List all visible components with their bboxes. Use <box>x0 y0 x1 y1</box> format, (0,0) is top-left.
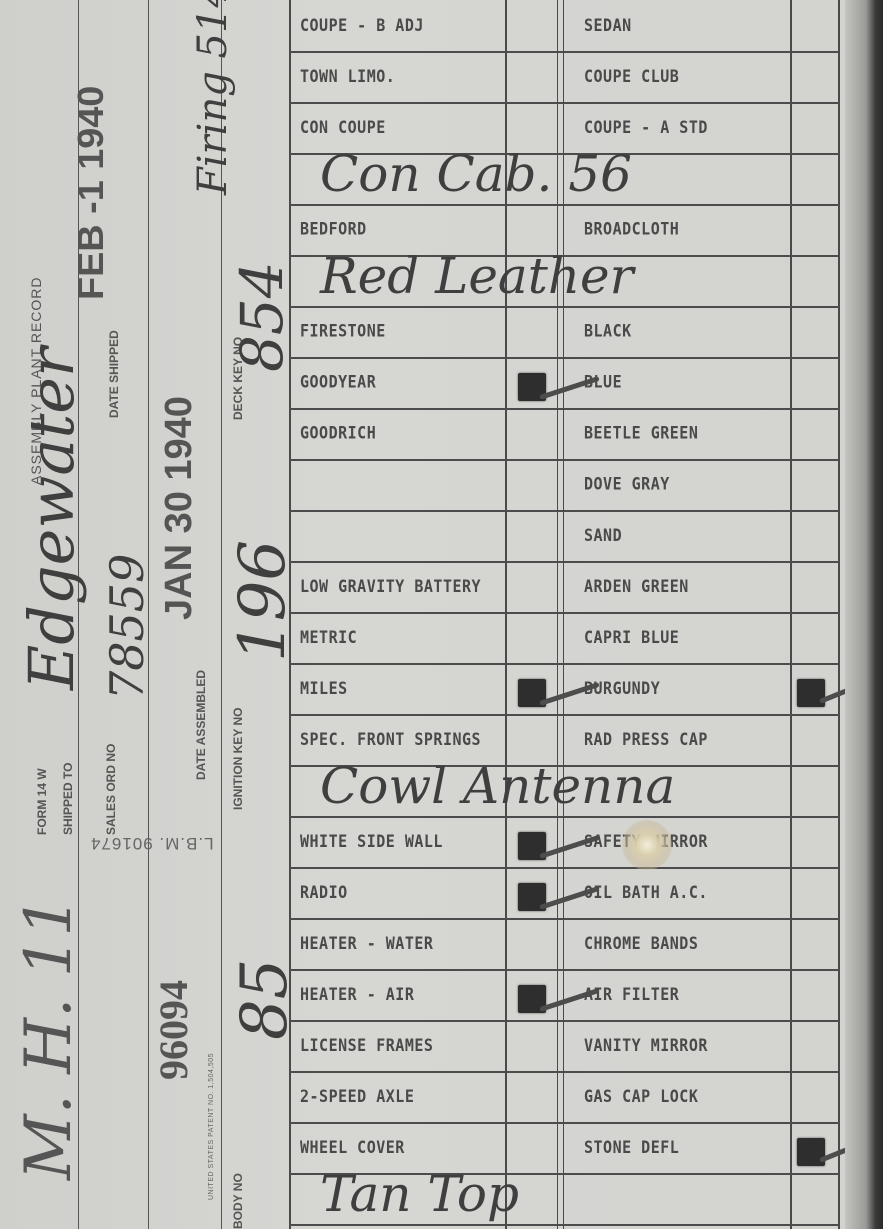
checkbox-right[interactable] <box>792 359 838 407</box>
option-label-right: CHROME BANDS <box>584 933 698 954</box>
row-divider <box>289 306 840 308</box>
option-label-right: BURGUNDY <box>584 678 660 699</box>
print-code: L.B.M. 901674 <box>90 833 214 853</box>
shipped-to-label: SHIPPED TO <box>62 763 75 835</box>
checkbox-left[interactable] <box>507 563 557 611</box>
row-divider <box>289 918 840 920</box>
form-number: FORM 14 W <box>36 768 49 835</box>
row-divider <box>289 714 840 716</box>
row-divider <box>289 102 840 104</box>
row-divider <box>289 969 840 971</box>
option-label-right: BLUE <box>584 372 622 393</box>
checkbox-right[interactable] <box>792 614 838 662</box>
checkbox-right[interactable] <box>792 716 838 764</box>
option-label-left: RADIO <box>300 882 348 903</box>
option-label-left: METRIC <box>300 627 357 648</box>
option-label-left: GOODYEAR <box>300 372 376 393</box>
row-divider <box>289 1020 840 1022</box>
option-label-right: BLACK <box>584 321 632 342</box>
row-divider <box>289 51 840 53</box>
option-label-left: FIRESTONE <box>300 321 386 342</box>
checkbox-right[interactable] <box>792 920 838 968</box>
option-label-right: DOVE GRAY <box>584 474 670 495</box>
patent-note: UNITED STATES PATENT NO. 1,504,505 <box>208 1053 215 1200</box>
option-label-right: RAD PRESS CAP <box>584 729 708 750</box>
row-divider <box>289 459 840 461</box>
option-label-right: BEETLE GREEN <box>584 423 698 444</box>
option-label-left: 2-SPEED AXLE <box>300 1086 414 1107</box>
option-label-left: WHEEL COVER <box>300 1137 405 1158</box>
option-label-left: MILES <box>300 678 348 699</box>
checkbox-right[interactable] <box>792 53 838 101</box>
option-label-right: SAND <box>584 525 622 546</box>
row-divider <box>289 408 840 410</box>
row-divider <box>289 357 840 359</box>
date-shipped-label: DATE SHIPPED <box>108 330 121 418</box>
option-label-left: GOODRICH <box>300 423 376 444</box>
option-label-left: SPEC. FRONT SPRINGS <box>300 729 481 750</box>
option-label-right: VANITY MIRROR <box>584 1035 708 1056</box>
option-label-right: ARDEN GREEN <box>584 576 689 597</box>
checkbox-left[interactable] <box>507 1073 557 1121</box>
date-shipped-value: FEB -1 1940 <box>70 86 112 300</box>
checkbox-right[interactable] <box>792 818 838 866</box>
firing-order-note: Firing 514 <box>190 0 236 195</box>
checkbox-right[interactable] <box>792 1073 838 1121</box>
table-border-right <box>838 0 840 1229</box>
option-label-left: TOWN LIMO. <box>300 66 395 87</box>
row-divider <box>289 204 840 206</box>
option-label-right: AIR FILTER <box>584 984 679 1005</box>
checkbox-right[interactable] <box>792 869 838 917</box>
option-label-right: STONE DEFL <box>584 1137 679 1158</box>
row-divider <box>289 510 840 512</box>
deck-key-no-value: 854 <box>228 261 296 372</box>
body-no-value: 96094 <box>150 980 197 1080</box>
row-divider <box>289 1224 840 1226</box>
sales-ord-no-label: SALES ORD NO <box>105 744 118 835</box>
checkbox-left[interactable] <box>507 308 557 356</box>
ignition-key-no-label: IGNITION KEY NO <box>232 708 245 810</box>
option-label-right: GAS CAP LOCK <box>584 1086 698 1107</box>
body-no-label: BODY NO <box>232 1173 245 1229</box>
checkbox-right[interactable] <box>792 563 838 611</box>
checkbox-right[interactable] <box>792 512 838 560</box>
option-label-left: HEATER - AIR <box>300 984 414 1005</box>
option-label-right: BROADCLOTH <box>584 219 679 240</box>
checkbox-left[interactable] <box>507 512 557 560</box>
checkbox-right[interactable] <box>792 104 838 152</box>
frame-edge <box>845 0 883 1229</box>
checkbox-right[interactable] <box>792 2 838 50</box>
handwritten-note: Cowl Antenna <box>320 757 675 815</box>
row-divider <box>289 1122 840 1124</box>
option-label-right: COUPE - A STD <box>584 117 708 138</box>
row-divider <box>289 867 840 869</box>
option-label-left: WHITE SIDE WALL <box>300 831 443 852</box>
checkbox-right[interactable] <box>792 308 838 356</box>
assembly-plant-record-card: ASSEMBLY PLANT RECORD FORM 14 W SHIPPED … <box>0 0 845 1229</box>
checkbox-right[interactable] <box>792 1022 838 1070</box>
checkbox-right[interactable] <box>792 461 838 509</box>
row-divider <box>289 1071 840 1073</box>
row-divider <box>289 816 840 818</box>
handwritten-note: Con Cab. 56 <box>320 145 632 203</box>
checkbox-left[interactable] <box>507 410 557 458</box>
option-label-right: COUPE CLUB <box>584 66 679 87</box>
model-note: M. H. 11 <box>12 896 86 1180</box>
date-assembled-label: DATE ASSEMBLED <box>195 670 208 780</box>
checkbox-right[interactable] <box>792 206 838 254</box>
checkbox-left[interactable] <box>507 461 557 509</box>
checkbox-left[interactable] <box>507 1022 557 1070</box>
handwritten-note: Red Leather <box>320 247 634 305</box>
checkbox-right[interactable] <box>792 410 838 458</box>
option-label-left: LICENSE FRAMES <box>300 1035 433 1056</box>
checkbox-left[interactable] <box>507 920 557 968</box>
option-label-left: LOW GRAVITY BATTERY <box>300 576 481 597</box>
shipped-to-value: Edgewater <box>15 347 88 690</box>
checkbox-left[interactable] <box>507 53 557 101</box>
option-label-right: SEDAN <box>584 15 632 36</box>
rust-stain <box>622 820 672 870</box>
table-border-left <box>289 0 291 1229</box>
handwritten-note: Tan Top <box>320 1165 519 1223</box>
option-label-left: HEATER - WATER <box>300 933 433 954</box>
sales-ord-no-value: 78559 <box>100 554 154 700</box>
option-label-left: COUPE - B ADJ <box>300 15 424 36</box>
option-label-left: CON COUPE <box>300 117 386 138</box>
row-divider <box>289 561 840 563</box>
row-divider <box>289 663 840 665</box>
checkbox-left[interactable] <box>507 614 557 662</box>
row-divider <box>289 612 840 614</box>
date-assembled-value: JAN 30 1940 <box>158 396 201 620</box>
checkbox-left[interactable] <box>507 2 557 50</box>
option-label-right: CAPRI BLUE <box>584 627 679 648</box>
option-label-left: BEDFORD <box>300 219 367 240</box>
checkbox-right[interactable] <box>792 971 838 1019</box>
option-label-right: OIL BATH A.C. <box>584 882 708 903</box>
